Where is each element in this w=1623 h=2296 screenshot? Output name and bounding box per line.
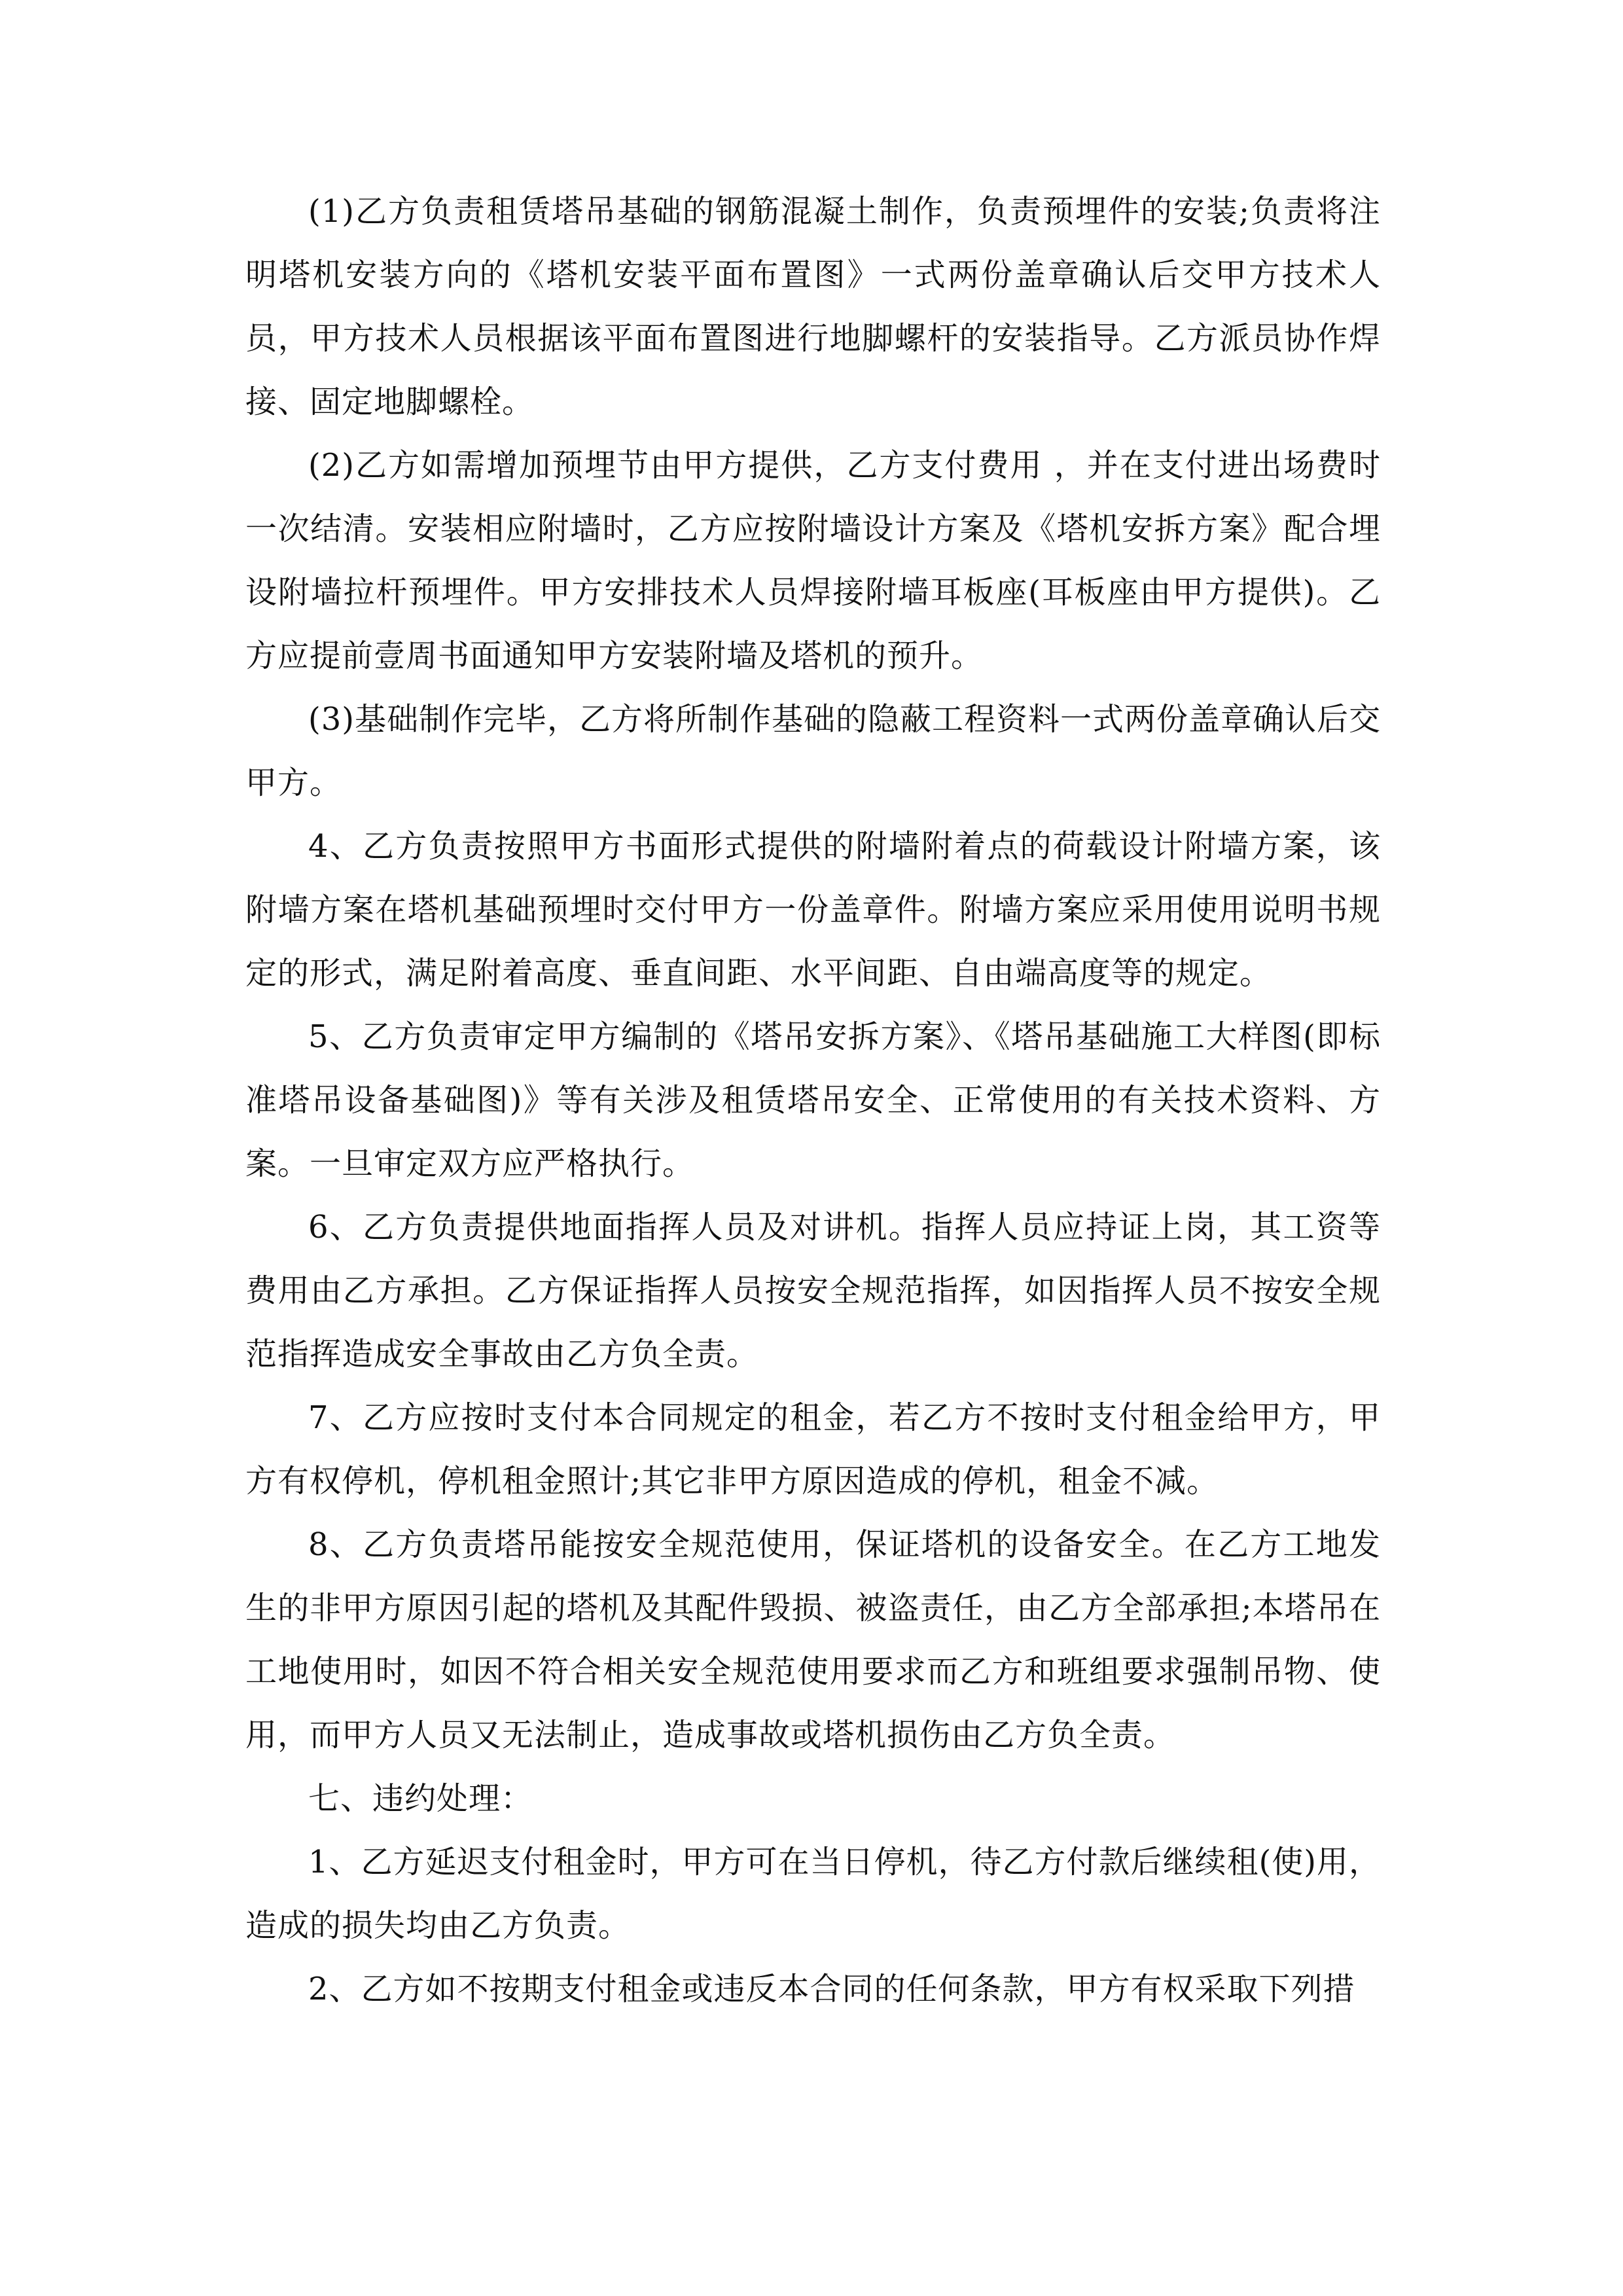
clause-5: 5、乙方负责审定甲方编制的《塔吊安拆方案》、《塔吊基础施工大样图(即标准塔吊设备… (245, 1005, 1381, 1196)
document-page: (1)乙方负责租赁塔吊基础的钢筋混凝土制作，负责预埋件的安装;负责将注明塔机安装… (245, 180, 1381, 2021)
breach-clause-2: 2、乙方如不按期支付租金或违反本合同的任何条款，甲方有权采取下列措 (245, 1958, 1381, 2021)
clause-4: 4、乙方负责按照甲方书面形式提供的附墙附着点的荷载设计附墙方案，该附墙方案在塔机… (245, 815, 1381, 1005)
clause-1-2: (2)乙方如需增加预埋节由甲方提供，乙方支付费用 ，并在支付进出场费时一次结清。… (245, 434, 1381, 688)
clause-6: 6、乙方负责提供地面指挥人员及对讲机。指挥人员应持证上岗，其工资等费用由乙方承担… (245, 1196, 1381, 1386)
breach-clause-1: 1、乙方延迟支付租金时，甲方可在当日停机，待乙方付款后继续租(使)用，造成的损失… (245, 1831, 1381, 1958)
clause-8: 8、乙方负责塔吊能按安全规范使用，保证塔机的设备安全。在乙方工地发生的非甲方原因… (245, 1513, 1381, 1767)
clause-7: 7、乙方应按时支付本合同规定的租金，若乙方不按时支付租金给甲方，甲方有权停机，停… (245, 1386, 1381, 1513)
section-heading-breach: 七、违约处理： (245, 1767, 1381, 1831)
clause-1-3: (3)基础制作完毕，乙方将所制作基础的隐蔽工程资料一式两份盖章确认后交甲方。 (245, 688, 1381, 815)
clause-1-1: (1)乙方负责租赁塔吊基础的钢筋混凝土制作，负责预埋件的安装;负责将注明塔机安装… (245, 180, 1381, 434)
